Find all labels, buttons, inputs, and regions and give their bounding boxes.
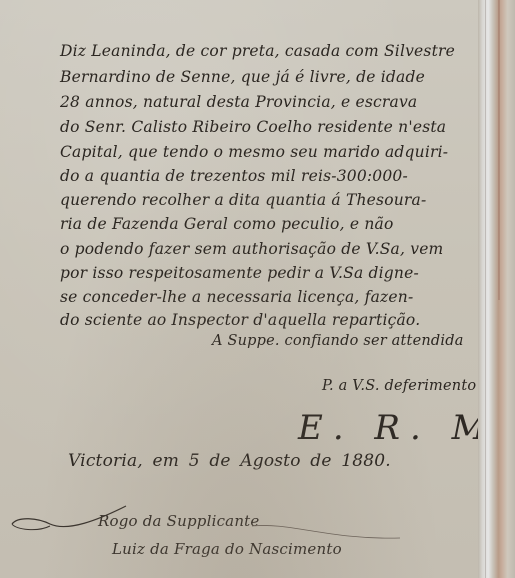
body-line-6: do a quantia de trezentos mil reis-300:0… — [60, 167, 408, 185]
date-line: Victoria, em 5 de Agosto de 1880. — [68, 451, 391, 471]
request-line: P. a V.S. deferimento — [322, 378, 476, 394]
signature-line-1: Rogo da Supplicante — [98, 512, 259, 530]
body-line-2: Bernardino de Senne, que já é livre, de … — [60, 68, 425, 86]
body-line-3: 28 annos, natural desta Provincia, e esc… — [60, 93, 417, 111]
body-line-8: ria de Fazenda Geral como peculio, e não — [60, 215, 394, 233]
closing-line: A Suppe. confiando ser attendida — [212, 333, 464, 349]
body-line-9: o podendo fazer sem authorisação de V.Sa… — [60, 240, 443, 258]
body-line-1: Diz Leaninda, de cor preta, casada com S… — [60, 42, 455, 60]
body-line-5: Capital, que tendo o mesmo seu marido ad… — [60, 143, 448, 161]
body-line-12: do sciente ao Inspector d'aquella repart… — [60, 311, 420, 329]
manuscript-page: Diz Leaninda, de cor preta, casada com S… — [0, 0, 478, 578]
body-line-10: por isso respeitosamente pedir a V.Sa di… — [60, 264, 419, 282]
body-line-4: do Senr. Calisto Ribeiro Coelho resident… — [60, 118, 446, 136]
body-line-11: se conceder-lhe a necessaria licença, fa… — [60, 288, 413, 306]
body-line-7: querendo recolher a dita quantia á Theso… — [60, 191, 426, 209]
book-binding-edge — [478, 0, 515, 578]
signature-underline-icon — [250, 520, 410, 550]
